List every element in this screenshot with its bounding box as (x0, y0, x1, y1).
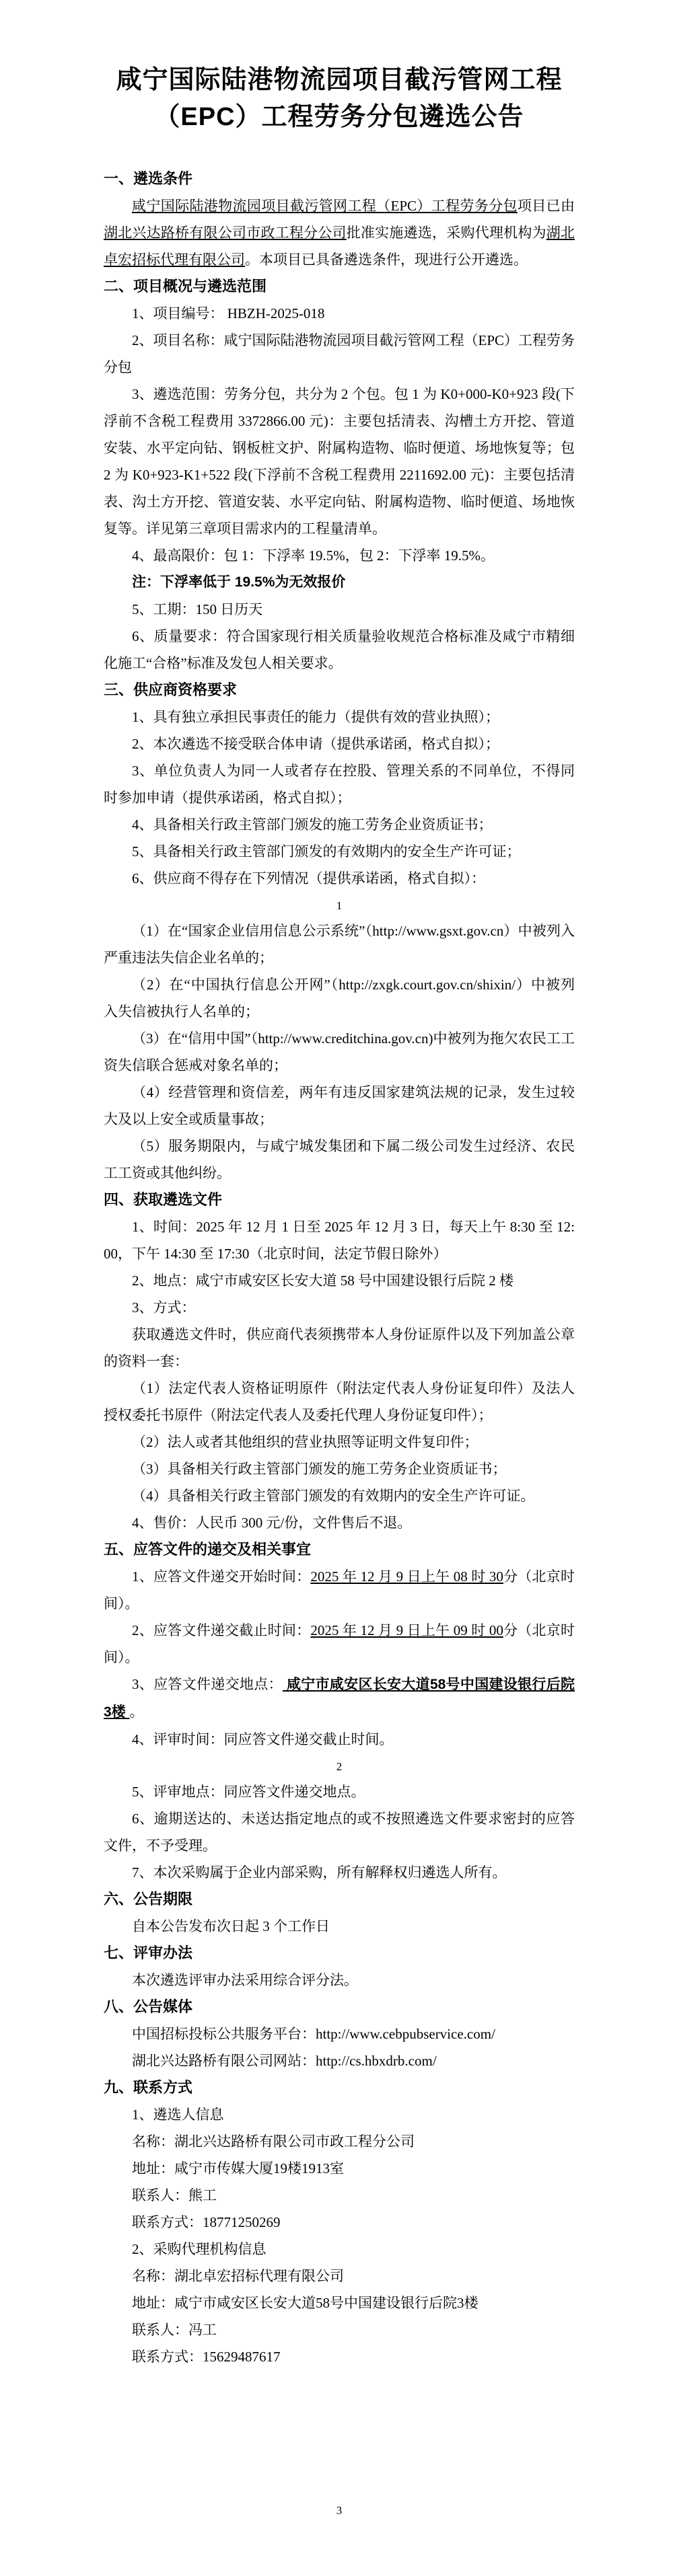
section-4-heading: 四、获取遴选文件 (104, 1186, 575, 1213)
internal-procurement-note: 7、本次采购属于企业内部采购，所有解释权归遴选人所有。 (104, 1859, 575, 1886)
page-number-3: 3 (104, 2503, 575, 2518)
agency-contact-person: 联系人：冯工 (104, 2316, 575, 2343)
title-line-2: （EPC）工程劳务分包遴选公告 (154, 103, 524, 131)
agency-info-label: 2、采购代理机构信息 (104, 2236, 575, 2263)
qualification-item-2: 2、本次遴选不接受联合体申请（提供承诺函，格式自拟）； (104, 730, 575, 757)
qualification-item-4: 4、具备相关行政主管部门颁发的施工劳务企业资质证书； (104, 811, 575, 838)
intro-text-3: 。本项目已具备遴选条件，现进行公开遴选。 (245, 252, 528, 268)
document-obtain-method: 3、方式： (104, 1294, 575, 1321)
qualification-item-1: 1、具有独立承担民事责任的能力（提供有效的营业执照）； (104, 704, 575, 730)
required-material-2: （2）法人或者其他组织的营业执照等证明文件复印件； (104, 1429, 575, 1455)
selector-info-label: 1、遴选人信息 (104, 2101, 575, 2128)
intro-text-2: 批准实施遴选，采购代理机构为 (347, 225, 546, 241)
page-number-1: 1 (104, 899, 575, 913)
submission-deadline-label: 2、应答文件递交截止时间： (132, 1622, 310, 1638)
review-method: 本次遴选评审办法采用综合评分法。 (104, 1967, 575, 1994)
document-obtain-method-detail: 获取遴选文件时，供应商代表须携带本人身份证原件以及下列加盖公章的资料一套： (104, 1321, 575, 1375)
submission-place: 3、应答文件递交地点： 咸宁市咸安区长安大道58号中国建设银行后院3楼 。 (104, 1671, 575, 1726)
prohibited-case-3: （3）在“信用中国”（http://www.creditchina.gov.cn… (104, 1025, 575, 1079)
agency-address: 地址：咸宁市咸安区长安大道58号中国建设银行后院3楼 (104, 2289, 575, 2316)
submission-start-label: 1、应答文件递交开始时间： (132, 1568, 310, 1585)
section-1-intro-paragraph: 咸宁国际陆港物流园项目截污管网工程（EPC）工程劳务分包项目已由湖北兴达路桥有限… (104, 192, 575, 273)
submission-deadline-value-underlined: 2025 年 12 月 9 日上午 09 时 00 (310, 1622, 503, 1638)
selection-scope: 3、遴选范围：劳务分包，共分为 2 个包。包 1 为 K0+000-K0+923… (104, 381, 575, 542)
section-5-heading: 五、应答文件的递交及相关事宜 (104, 1536, 575, 1563)
section-9-heading: 九、联系方式 (104, 2074, 575, 2101)
submission-deadline: 2、应答文件递交截止时间：2025 年 12 月 9 日上午 09 时 00分（… (104, 1617, 575, 1671)
section-6-heading: 六、公告期限 (104, 1886, 575, 1913)
selector-contact-phone: 联系方式：18771250269 (104, 2209, 575, 2236)
project-name-underlined: 咸宁国际陆港物流园项目截污管网工程（EPC）工程劳务分包 (132, 198, 518, 214)
required-material-4: （4）具备相关行政主管部门颁发的有效期内的安全生产许可证。 (104, 1482, 575, 1509)
required-material-1: （1）法定代表人资格证明原件（附法定代表人身份证复印件）及法人授权委托书原件（附… (104, 1375, 575, 1429)
selector-name: 名称：湖北兴达路桥有限公司市政工程分公司 (104, 2128, 575, 2155)
prohibited-case-2: （2）在“中国执行信息公开网”（http://zxgk.court.gov.cn… (104, 971, 575, 1025)
page-number-2: 2 (104, 1759, 575, 1774)
qualification-item-3: 3、单位负责人为同一人或者存在控股、管理关系的不同单位，不得同时参加申请（提供承… (104, 757, 575, 811)
selector-contact-person: 联系人：熊工 (104, 2182, 575, 2209)
agency-name: 名称：湖北卓宏招标代理有限公司 (104, 2263, 575, 2289)
agency-contact-phone: 联系方式：15629487617 (104, 2343, 575, 2370)
late-submission-rule: 6、逾期送达的、未送达指定地点的或不按照遴选文件要求密封的应答文件，不予受理。 (104, 1805, 575, 1859)
document-obtain-time: 1、时间：2025 年 12 月 1 日至 2025 年 12 月 3 日，每天… (104, 1213, 575, 1267)
announcement-document: 咸宁国际陆港物流园项目截污管网工程 （EPC）工程劳务分包遴选公告 一、遴选条件… (0, 0, 673, 2576)
section-2-heading: 二、项目概况与遴选范围 (104, 273, 575, 300)
price-note: 注：下浮率低于 19.5%为无效报价 (104, 569, 575, 596)
construction-period: 5、工期：150 日历天 (104, 596, 575, 623)
submission-place-suffix: 。 (130, 1704, 144, 1720)
document-price: 4、售价：人民币 300 元/份，文件售后不退。 (104, 1509, 575, 1536)
owner-name-underlined: 湖北兴达路桥有限公司市政工程分公司 (104, 225, 347, 241)
quality-requirement: 6、质量要求：符合国家现行相关质量验收规范合格标准及咸宁市精细化施工“合格”标准… (104, 623, 575, 677)
announcement-period: 自本公告发布次日起 3 个工作日 (104, 1913, 575, 1940)
selector-address: 地址：咸宁市传媒大厦19楼1913室 (104, 2155, 575, 2182)
qualification-item-5: 5、具备相关行政主管部门颁发的有效期内的安全生产许可证； (104, 838, 575, 865)
max-price-limit: 4、最高限价：包 1：下浮率 19.5%，包 2：下浮率 19.5%。 (104, 542, 575, 569)
project-number: 1、项目编号： HBZH-2025-018 (104, 300, 575, 327)
section-8-heading: 八、公告媒体 (104, 1994, 575, 2020)
media-platform-url: 中国招标投标公共服务平台：http://www.cebpubservice.co… (104, 2020, 575, 2047)
submission-start-value-underlined: 2025 年 12 月 9 日上午 08 时 30 (310, 1568, 503, 1585)
submission-start-time: 1、应答文件递交开始时间：2025 年 12 月 9 日上午 08 时 30分（… (104, 1563, 575, 1617)
submission-place-label: 3、应答文件递交地点： (132, 1676, 283, 1692)
intro-text-1: 项目已由 (518, 198, 575, 214)
prohibited-case-1: （1）在“国家企业信用信息公示系统”（http://www.gsxt.gov.c… (104, 917, 575, 971)
qualification-item-6: 6、供应商不得存在下列情况（提供承诺函，格式自拟）： (104, 865, 575, 892)
project-name: 2、项目名称：咸宁国际陆港物流园项目截污管网工程（EPC）工程劳务分包 (104, 327, 575, 381)
required-material-3: （3）具备相关行政主管部门颁发的施工劳务企业资质证书； (104, 1455, 575, 1482)
prohibited-case-4: （4）经营管理和资信差，两年有违反国家建筑法规的记录，发生过较大及以上安全或质量… (104, 1079, 575, 1133)
document-title: 咸宁国际陆港物流园项目截污管网工程 （EPC）工程劳务分包遴选公告 (110, 62, 568, 136)
section-1-heading: 一、遴选条件 (104, 165, 575, 192)
section-3-heading: 三、供应商资格要求 (104, 677, 575, 704)
section-7-heading: 七、评审办法 (104, 1940, 575, 1967)
prohibited-case-5: （5）服务期限内，与咸宁城发集团和下属二级公司发生过经济、农民工工资或其他纠纷。 (104, 1133, 575, 1186)
review-time: 4、评审时间：同应答文件递交截止时间。 (104, 1726, 575, 1753)
review-place: 5、评审地点：同应答文件递交地点。 (104, 1778, 575, 1805)
document-obtain-place: 2、地点：咸宁市咸安区长安大道 58 号中国建设银行后院 2 楼 (104, 1267, 575, 1294)
title-line-1: 咸宁国际陆港物流园项目截污管网工程 (116, 66, 562, 94)
company-website-url: 湖北兴达路桥有限公司网站：http://cs.hbxdrb.com/ (104, 2047, 575, 2074)
